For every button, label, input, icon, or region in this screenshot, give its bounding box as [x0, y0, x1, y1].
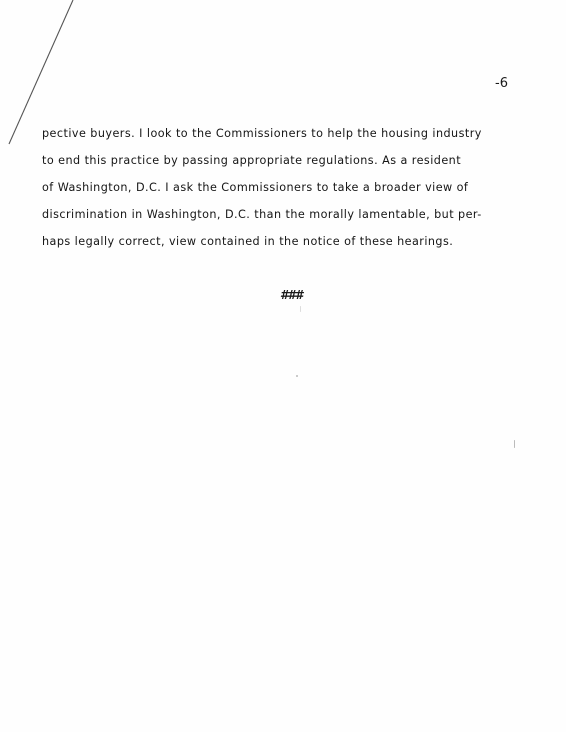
document-page: -6 pective buyers. I look to the Commiss… [0, 0, 566, 732]
scan-speck [514, 440, 515, 448]
end-mark: ### [280, 288, 302, 302]
text-line: to end this practice by passing appropri… [42, 152, 562, 179]
text-line: of Washington, D.C. I ask the Commission… [42, 179, 562, 206]
scan-speck [296, 375, 298, 377]
scan-speck [300, 306, 301, 312]
page-number: -6 [495, 76, 508, 91]
text-line: pective buyers. I look to the Commission… [42, 125, 562, 152]
body-paragraph: pective buyers. I look to the Commission… [42, 125, 562, 260]
text-line: discrimination in Washington, D.C. than … [42, 206, 562, 233]
text-line: haps legally correct, view contained in … [42, 233, 562, 260]
